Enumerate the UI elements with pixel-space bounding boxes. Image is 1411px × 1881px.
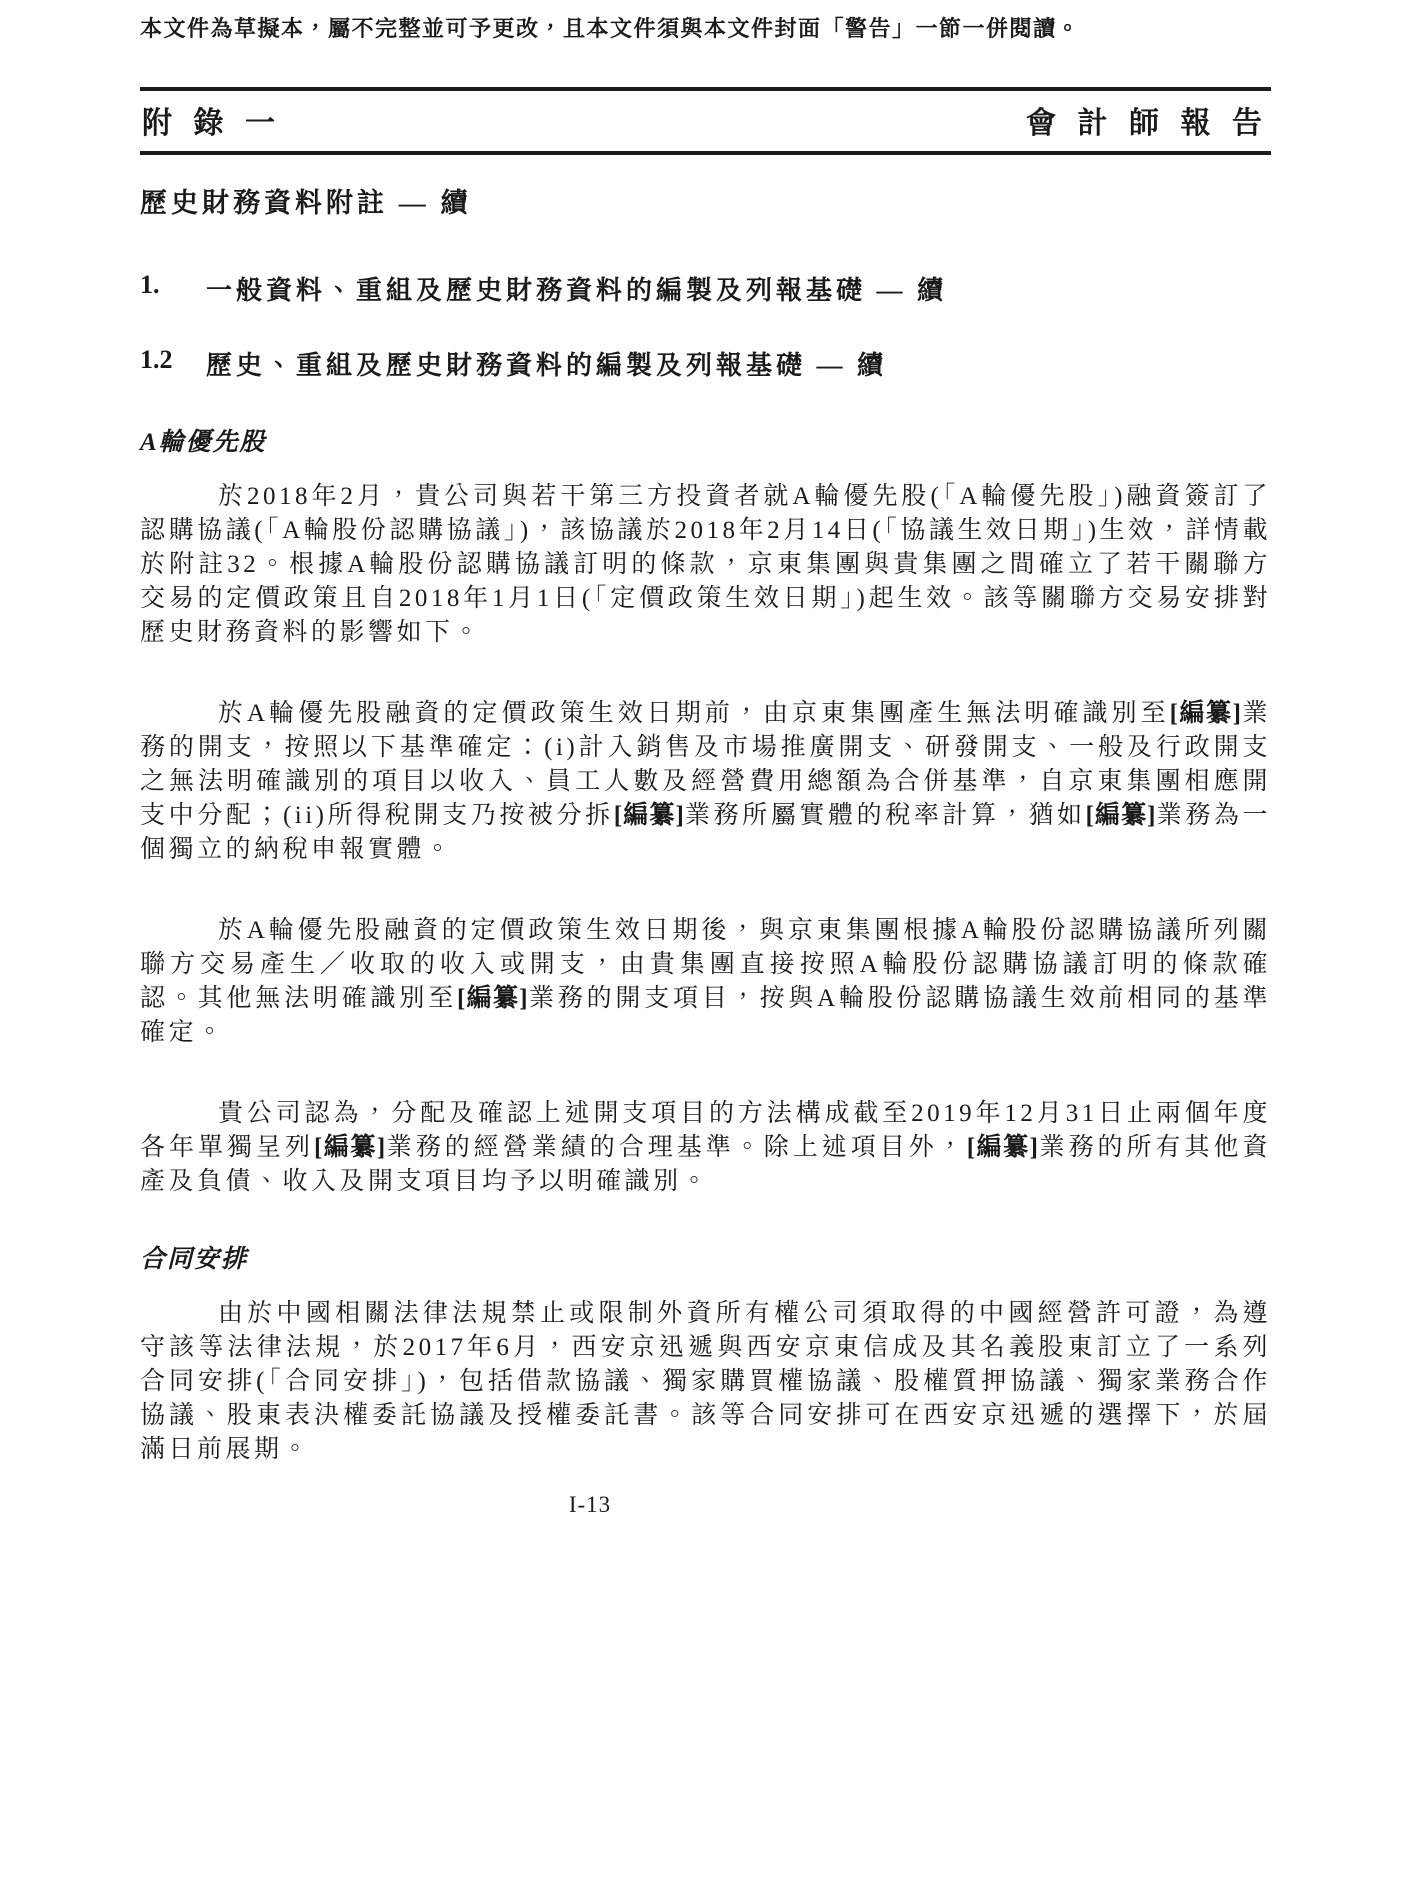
text-column: 本文件為草擬本，屬不完整並可予更改，且本文件須與本文件封面「警告」一節一併閱讀。… (140, 0, 1271, 1467)
heading-1-2: 1.2 歷史、重組及歷史財務資料的編製及列報基礎 — 續 (140, 345, 1271, 382)
subheading-contractual-arrangements: 合同安排 (140, 1239, 1271, 1275)
heading-1-text: 一般資料、重組及歷史財務資料的編製及列報基礎 — 續 (206, 270, 947, 307)
report-title: 會 計 師 報 告 (1026, 98, 1269, 142)
heading-1-2-text: 歷史、重組及歷史財務資料的編製及列報基礎 — 續 (206, 345, 887, 382)
paragraph-contractual-1: 由於中國相關法律法規禁止或限制外資所有權公司須取得的中國經營許可證，為遵守該等法… (140, 1297, 1271, 1467)
heading-1: 1. 一般資料、重組及歷史財務資料的編製及列報基礎 — 續 (140, 270, 1271, 307)
page-number: I-13 (520, 1492, 660, 1518)
heading-1-2-number: 1.2 (140, 345, 206, 382)
paragraph-series-a-4: 貴公司認為，分配及確認上述開支項目的方法構成截至2019年12月31日止兩個年度… (140, 1097, 1271, 1199)
section-title: 歷史財務資料附註 — 續 (140, 181, 1271, 220)
paragraph-series-a-3: 於A輪優先股融資的定價政策生效日期後，與京東集團根據A輪股份認購協議所列關聯方交… (140, 914, 1271, 1050)
paragraph-series-a-1: 於2018年2月，貴公司與若干第三方投資者就A輪優先股(「A輪優先股」)融資簽訂… (140, 480, 1271, 650)
heading-1-number: 1. (140, 270, 206, 307)
document-page: 本文件為草擬本，屬不完整並可予更改，且本文件須與本文件封面「警告」一節一併閱讀。… (0, 0, 1411, 1881)
appendix-label: 附 錄 一 (142, 98, 282, 142)
draft-notice: 本文件為草擬本，屬不完整並可予更改，且本文件須與本文件封面「警告」一節一併閱讀。 (140, 12, 1271, 43)
header-band: 附 錄 一 會 計 師 報 告 (140, 87, 1271, 155)
subheading-series-a-preferred: A輪優先股 (140, 422, 1271, 458)
paragraph-series-a-2: 於A輪優先股融資的定價政策生效日期前，由京東集團產生無法明確識別至[編纂]業務的… (140, 697, 1271, 867)
